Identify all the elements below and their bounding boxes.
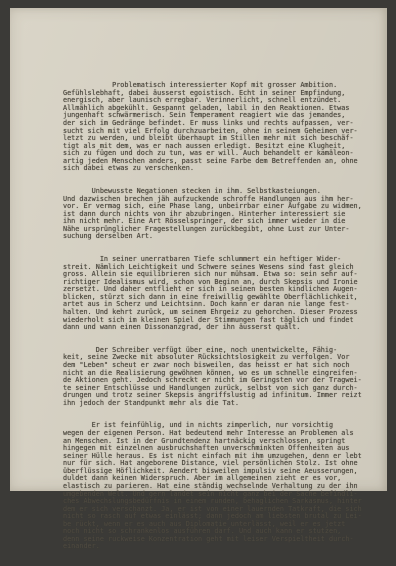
- paragraph-1: Problematisch interessierter Kopf mit gr…: [63, 82, 379, 173]
- document-text: Problematisch interessierter Kopf mit gr…: [63, 67, 379, 500]
- paragraph-3: In seiner unerratbaren Tiefe schlummert …: [63, 256, 379, 332]
- paragraph-5: Er ist feinfühlig, und in nichts zimperl…: [63, 422, 379, 500]
- paper-page: Problematisch interessierter Kopf mit gr…: [10, 8, 387, 491]
- paragraph-4: Der Schreiber verfügt über eine, noch un…: [63, 347, 379, 408]
- scan-background: Problematisch interessierter Kopf mit gr…: [0, 0, 396, 500]
- paragraph-2: Unbewusste Negationen stecken in ihm. Se…: [63, 188, 379, 241]
